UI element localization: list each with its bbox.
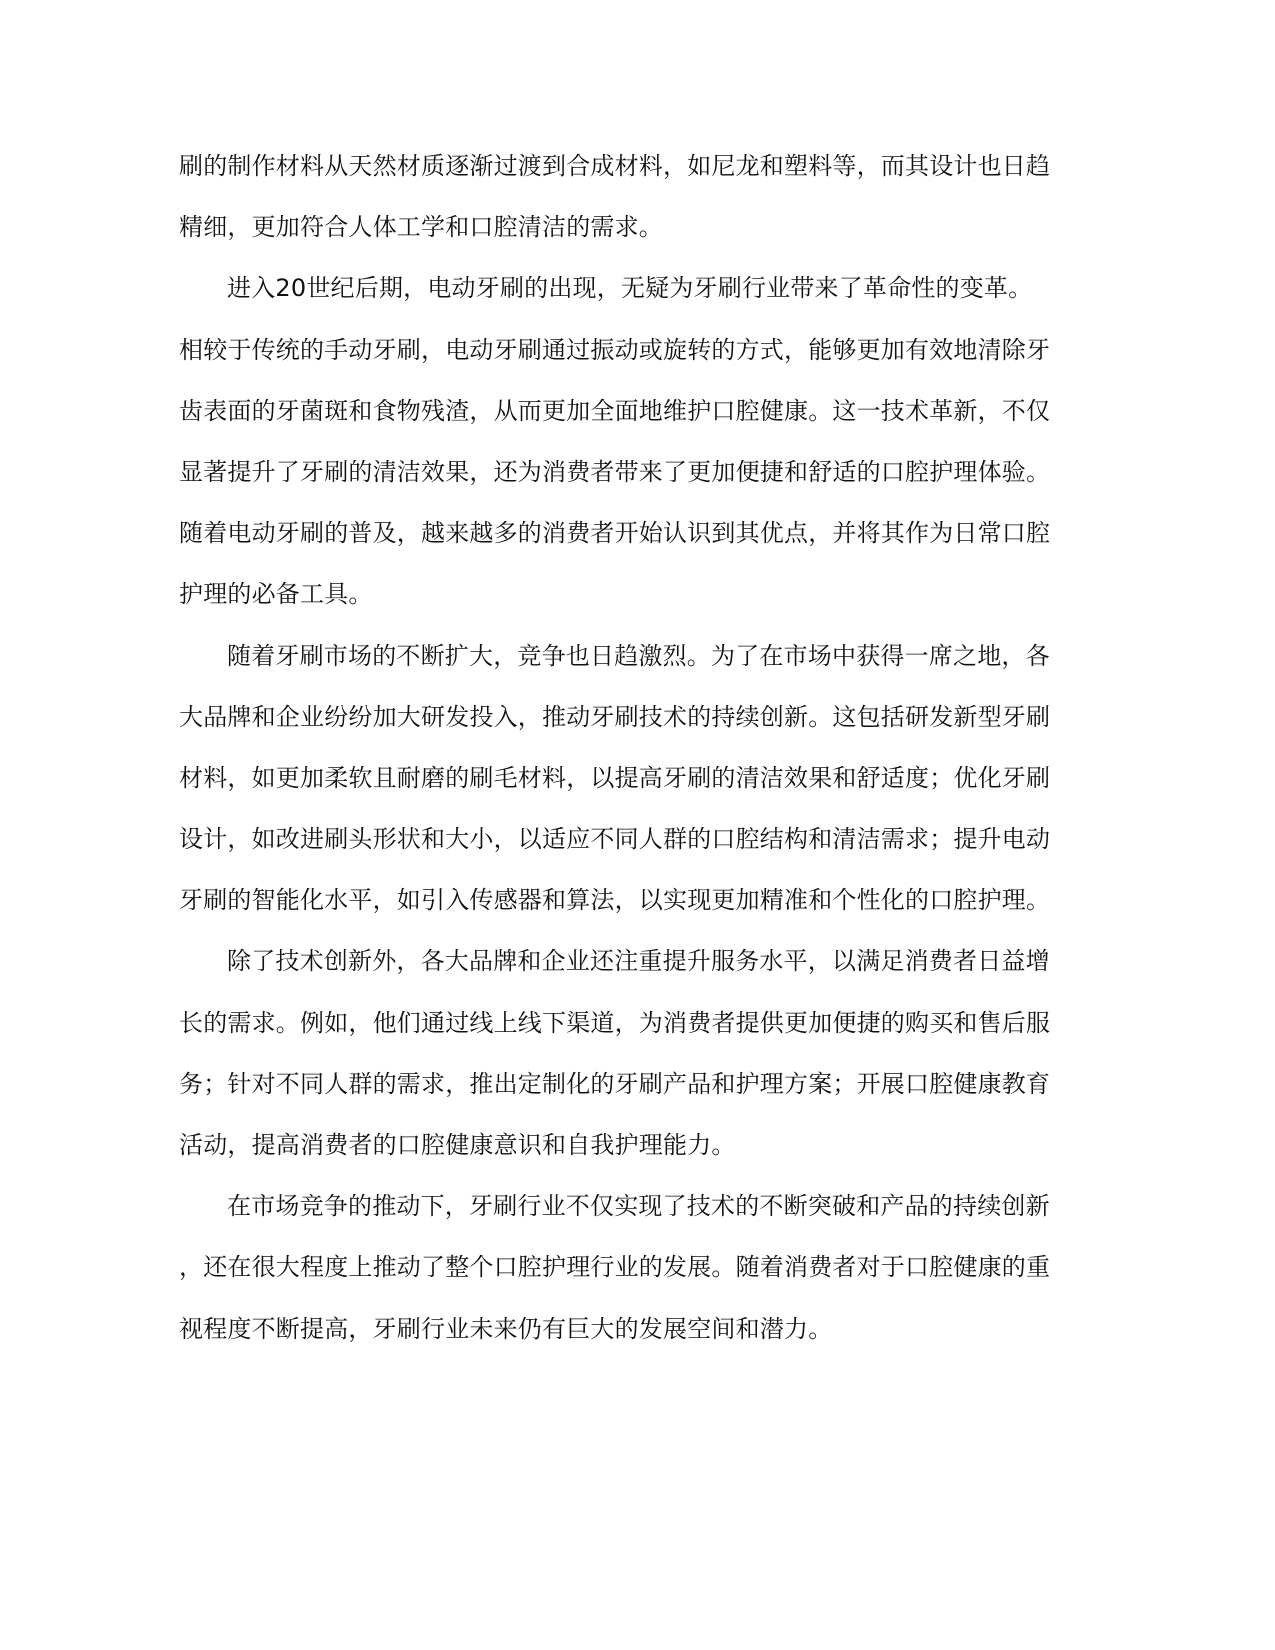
text-line: 刷的制作材料从天然材质逐渐过渡到合成材料，如尼龙和塑料等，而其设计也日趋 [179, 144, 1039, 205]
text-line: 精细，更加符合人体工学和口腔清洁的需求。 [179, 205, 1039, 266]
paragraph: 刷的制作材料从天然材质逐渐过渡到合成材料，如尼龙和塑料等，而其设计也日趋 精细，… [179, 144, 1039, 266]
text-line: 除了技术创新外，各大品牌和企业还注重提升服务水平，以满足消费者日益增 [179, 939, 1039, 1000]
text-line: 在市场竞争的推动下，牙刷行业不仅实现了技术的不断突破和产品的持续创新 [179, 1184, 1039, 1245]
text-line: 设计，如改进刷头形状和大小，以适应不同人群的口腔结构和清洁需求；提升电动 [179, 817, 1039, 878]
text-line: ，还在很大程度上推动了整个口腔护理行业的发展。随着消费者对于口腔健康的重 [179, 1245, 1039, 1306]
text-line: 牙刷的智能化水平，如引入传感器和算法，以实现更加精准和个性化的口腔护理。 [179, 878, 1039, 939]
text-line: 活动，提高消费者的口腔健康意识和自我护理能力。 [179, 1123, 1039, 1184]
text-line: 务；针对不同人群的需求，推出定制化的牙刷产品和护理方案；开展口腔健康教育 [179, 1062, 1039, 1123]
paragraph: 在市场竞争的推动下，牙刷行业不仅实现了技术的不断突破和产品的持续创新 ，还在很大… [179, 1184, 1039, 1368]
text-line: 材料，如更加柔软且耐磨的刷毛材料，以提高牙刷的清洁效果和舒适度；优化牙刷 [179, 756, 1039, 817]
text-line: 齿表面的牙菌斑和食物残渣，从而更加全面地维护口腔健康。这一技术革新，不仅 [179, 389, 1039, 450]
text-line: 进入20世纪后期，电动牙刷的出现，无疑为牙刷行业带来了革命性的变革。 [179, 266, 1039, 327]
text-line: 随着牙刷市场的不断扩大，竞争也日趋激烈。为了在市场中获得一席之地，各 [179, 634, 1039, 695]
text-line: 视程度不断提高，牙刷行业未来仍有巨大的发展空间和潜力。 [179, 1307, 1039, 1368]
paragraph: 随着牙刷市场的不断扩大，竞争也日趋激烈。为了在市场中获得一席之地，各 大品牌和企… [179, 634, 1039, 940]
text-line: 相较于传统的手动牙刷，电动牙刷通过振动或旋转的方式，能够更加有效地清除牙 [179, 328, 1039, 389]
paragraph: 除了技术创新外，各大品牌和企业还注重提升服务水平，以满足消费者日益增 长的需求。… [179, 939, 1039, 1184]
text-line: 长的需求。例如，他们通过线上线下渠道，为消费者提供更加便捷的购买和售后服 [179, 1001, 1039, 1062]
body-text: 刷的制作材料从天然材质逐渐过渡到合成材料，如尼龙和塑料等，而其设计也日趋 精细，… [179, 144, 1039, 1368]
document-page: 刷的制作材料从天然材质逐渐过渡到合成材料，如尼龙和塑料等，而其设计也日趋 精细，… [0, 0, 1275, 1650]
text-line: 护理的必备工具。 [179, 572, 1039, 633]
text-line: 大品牌和企业纷纷加大研发投入，推动牙刷技术的持续创新。这包括研发新型牙刷 [179, 695, 1039, 756]
text-line: 显著提升了牙刷的清洁效果，还为消费者带来了更加便捷和舒适的口腔护理体验。 [179, 450, 1039, 511]
text-line: 随着电动牙刷的普及，越来越多的消费者开始认识到其优点，并将其作为日常口腔 [179, 511, 1039, 572]
paragraph: 进入20世纪后期，电动牙刷的出现，无疑为牙刷行业带来了革命性的变革。 相较于传统… [179, 266, 1039, 633]
